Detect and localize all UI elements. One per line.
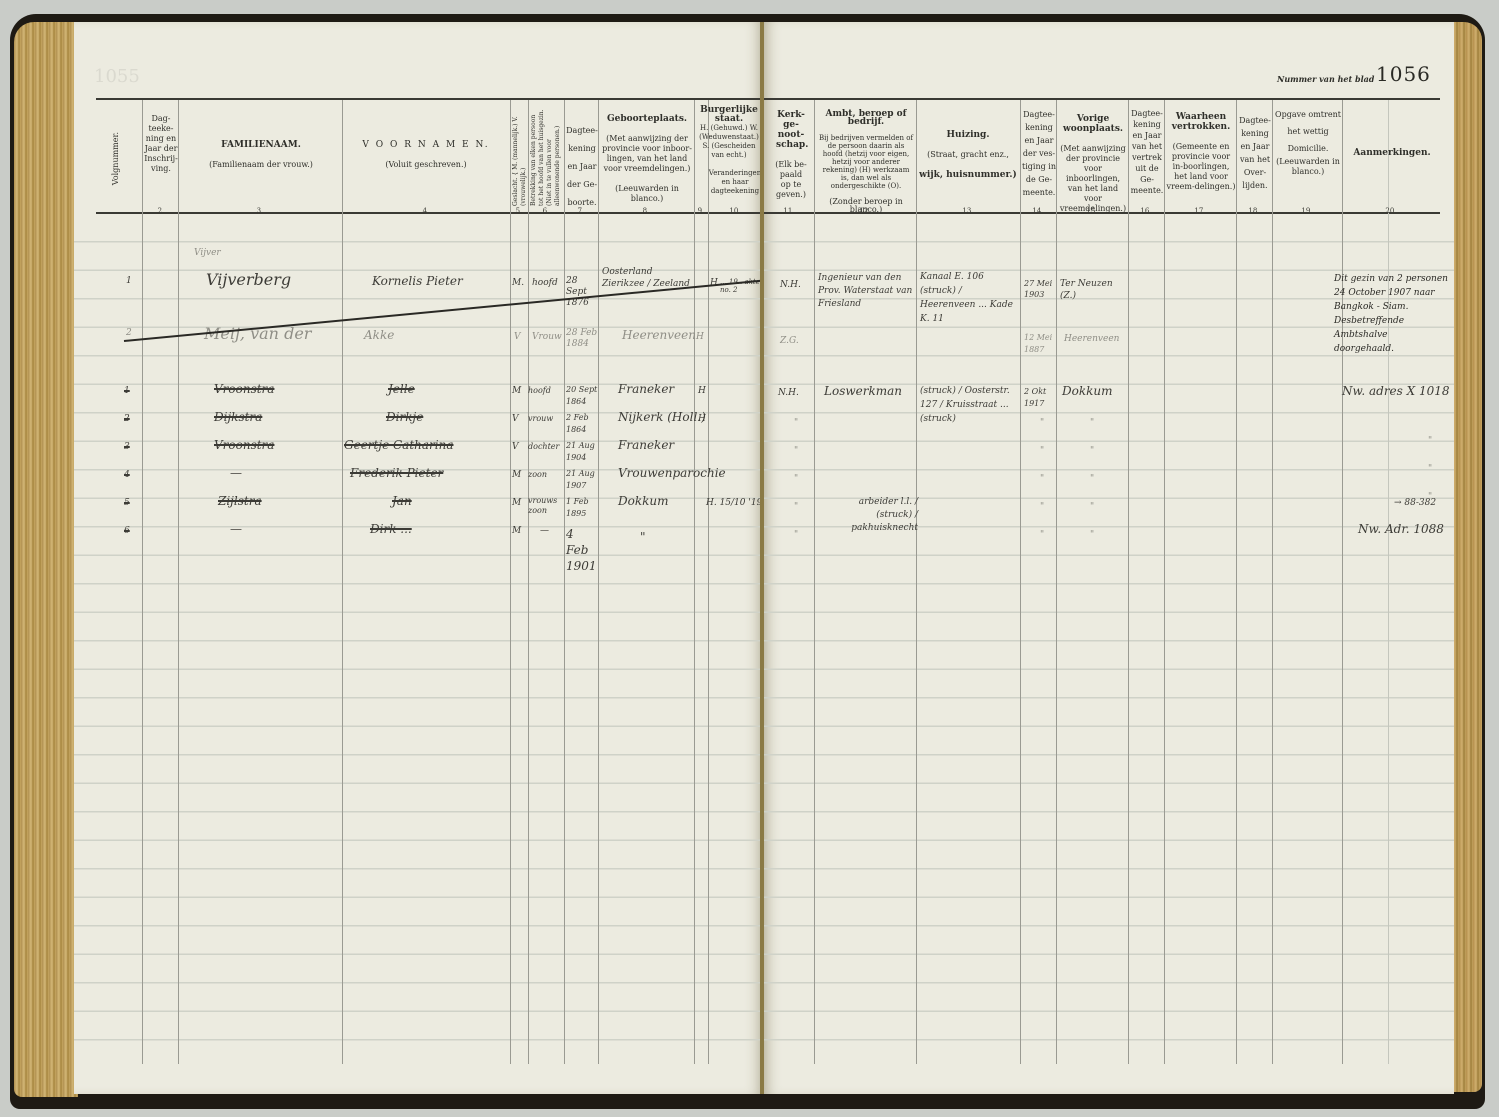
burgerlijke-staat-sub: H. (Gehuwd.) W. (Weduwenstaat.) S. (Gesc… bbox=[699, 124, 759, 159]
colnum-13: 13. bbox=[916, 207, 1020, 215]
row7-vorige-woonplaats: " bbox=[1090, 502, 1094, 512]
col-3-header: FAMILIENAAM. (Familienaam der vrouw.) bbox=[182, 140, 340, 170]
colnum-15: 15. bbox=[1056, 207, 1128, 215]
row3-kerkgenootschap: N.H. bbox=[778, 388, 799, 398]
row7-kerkgenootschap: " bbox=[794, 502, 798, 512]
row6-kerkgenootschap: " bbox=[794, 474, 798, 484]
row5-geboorte: 21 Aug 1904 bbox=[566, 440, 598, 464]
row6-voornamen: Frederik Pieter bbox=[350, 466, 443, 480]
row5-vorige-woonplaats: " bbox=[1090, 446, 1094, 456]
row3-geboorte: 20 Sept 1864 bbox=[566, 384, 598, 408]
row5-familienaam: Vroonstra bbox=[214, 438, 274, 452]
row2-voornamen: Akke bbox=[364, 328, 394, 342]
row4-kerkgenootschap: " bbox=[794, 418, 798, 428]
right-page: Nummer van het blad 1056 Kerk-ge-noot-sc… bbox=[764, 22, 1454, 1094]
row5-vestiging: " bbox=[1040, 446, 1044, 456]
row1-huizing: Kanaal E. 106 (struck) / Heerenveen ... … bbox=[920, 270, 1020, 326]
row3-geslacht: M bbox=[512, 386, 521, 396]
row6-vorige-woonplaats: " bbox=[1090, 474, 1094, 484]
colnum-20: 20. bbox=[1342, 207, 1440, 215]
row5-geslacht: V bbox=[512, 442, 519, 452]
colnum-3: 3. bbox=[178, 207, 342, 215]
row1-beroep: Ingenieur van den Prov. Waterstaat van F… bbox=[818, 272, 918, 311]
row2-vestiging: 12 Mei 1887 bbox=[1024, 332, 1058, 356]
row4-betrekking: vrouw bbox=[528, 414, 553, 423]
row7-vestiging: " bbox=[1040, 502, 1044, 512]
geboorteplaats-sub: (Met aanwijzing der provincie voor inboo… bbox=[602, 134, 692, 173]
row7-voornamen: Jan bbox=[392, 494, 412, 508]
row1-volgnummer: 1 bbox=[126, 276, 132, 286]
col-7-header: Dagtee-kening en Jaar der Ge-boorte. bbox=[566, 122, 598, 212]
colnum-17: 17. bbox=[1164, 207, 1236, 215]
domicilie-title: Opgave omtrent het wettig Domicilie. bbox=[1275, 110, 1341, 153]
row3-voornamen: Jelle bbox=[388, 382, 415, 396]
colnum-12: 12. bbox=[814, 207, 916, 215]
row3-betrekking: hoofd bbox=[528, 386, 551, 395]
sheet-number-label: Nummer van het blad bbox=[1277, 74, 1374, 84]
row2-burgerlijke-staat: H bbox=[696, 332, 704, 342]
voornamen-title: V O O R N A M E N. bbox=[362, 140, 489, 150]
left-page: 1055 Volgnummer. Dag-teeke-ning en Jaar … bbox=[74, 22, 762, 1094]
row5-geboorteplaats: Franeker bbox=[618, 438, 674, 452]
waarheen-sub: (Gemeente en provincie voor in-boorlinge… bbox=[1167, 142, 1236, 191]
row5-volgnummer: 3 bbox=[124, 442, 130, 452]
row8-volgnummer: 6 bbox=[124, 526, 130, 536]
colnum-18: 18. bbox=[1236, 207, 1272, 215]
row1-aanmerkingen: Dit gezin van 2 personen 24 October 1907… bbox=[1334, 272, 1450, 356]
geboorteplaats-title: Geboorteplaats. bbox=[607, 114, 687, 124]
beroep-title: Ambt, beroep of bedrijf. bbox=[825, 109, 906, 127]
waarheen-title: Waarheen vertrokken. bbox=[1172, 112, 1230, 132]
colnum-4: 4. bbox=[342, 207, 510, 215]
domicilie-sub: (Leeuwarden in blanco.) bbox=[1274, 157, 1342, 177]
colnum-11: 11. bbox=[764, 207, 814, 215]
col-19-header: Opgave omtrent het wettig Domicilie. (Le… bbox=[1274, 106, 1342, 177]
col-6-header: Betrekking van elken persoon tot het hoo… bbox=[530, 106, 562, 206]
row8-geslacht: M bbox=[512, 526, 521, 536]
col-4-header: V O O R N A M E N. (Voluit geschreven.) bbox=[344, 140, 508, 170]
beroep-sub: Bij bedrijven vermelden of de persoon da… bbox=[819, 134, 913, 190]
col-17-header: Waarheen vertrokken. (Gemeente en provin… bbox=[1166, 112, 1236, 192]
row3-geboorteplaats: Franeker bbox=[618, 382, 674, 396]
colnum-5: 5. bbox=[510, 207, 528, 215]
kerkgenootschap-sub: (Elk be-paald op te geven.) bbox=[774, 160, 808, 200]
aanmerkingen-title: Aanmerkingen. bbox=[1353, 148, 1430, 158]
row7-volgnummer: 5 bbox=[124, 498, 130, 508]
col-16-header: Dagtee-kening en Jaar van het vertrek ui… bbox=[1130, 108, 1164, 196]
row5-kerkgenootschap: " bbox=[794, 446, 798, 456]
row4-burgerlijke-staat: H bbox=[698, 414, 706, 424]
row4-voornamen: Dirkje bbox=[386, 410, 423, 424]
row7-betrekking: vrouws zoon bbox=[528, 496, 564, 516]
colnum-2: 2. bbox=[144, 207, 178, 215]
row3-huizing: (struck) / Oosterstr. 127 / Kruisstraat … bbox=[920, 384, 1020, 426]
row1-voornamen: Kornelis Pieter bbox=[372, 274, 463, 288]
colnum-9: 9. bbox=[694, 207, 708, 215]
colnum-7: 7. bbox=[564, 207, 598, 215]
col-11-header: Kerk-ge-noot-schap. (Elk be-paald op te … bbox=[770, 110, 812, 200]
col-18-header: Dagtee-kening en Jaar van het Over-lijde… bbox=[1238, 114, 1272, 192]
row2-kerkgenootschap: Z.G. bbox=[780, 336, 799, 346]
kerkgenootschap-title: Kerk-ge-noot-schap. bbox=[776, 110, 806, 150]
row2-betrekking: Vrouw bbox=[532, 332, 562, 342]
row7-geboorte: 1 Feb 1895 bbox=[566, 496, 598, 520]
col-14-header: Dagtee-kening en Jaar der ves-tiging in … bbox=[1022, 108, 1056, 199]
row7-geslacht: M bbox=[512, 498, 521, 508]
row3-aanmerkingen: Nw. adres X 1018 bbox=[1342, 384, 1450, 398]
row7-aanmerkingen: → 88-382 bbox=[1394, 498, 1436, 508]
col-8-header: Geboorteplaats. (Met aanwijzing der prov… bbox=[600, 114, 694, 204]
row2-geslacht: V bbox=[514, 332, 521, 342]
col-20-header: Aanmerkingen. bbox=[1344, 148, 1440, 158]
row2-geboorte: 28 Feb 1884 bbox=[566, 328, 598, 350]
colnum-8: 8. bbox=[598, 207, 694, 215]
row7-familienaam: Zijlstra bbox=[218, 494, 262, 508]
row3-vorige-woonplaats: Dokkum bbox=[1062, 384, 1113, 398]
vorige-woonplaats-sub: (Met aanwijzing der provincie voor inboo… bbox=[1060, 144, 1126, 213]
colnum-16: 16. bbox=[1128, 207, 1164, 215]
row8-vorige-woonplaats: " bbox=[1090, 530, 1094, 540]
row5-aanmerkingen: " bbox=[1428, 464, 1432, 474]
row8-vestiging: " bbox=[1040, 530, 1044, 540]
row8-familienaam: — bbox=[230, 522, 242, 536]
row6-vestiging: " bbox=[1040, 474, 1044, 484]
row6-geboorteplaats: Vrouwenparochie bbox=[618, 466, 726, 480]
colnum-10: 10. bbox=[708, 207, 762, 215]
page-edges-left bbox=[14, 22, 78, 1097]
row6-betrekking: zoon bbox=[528, 470, 547, 479]
row4-aanmerkingen: " bbox=[1428, 436, 1432, 446]
row1-betrekking: hoofd bbox=[532, 278, 558, 288]
row3-volgnummer: 1 bbox=[124, 386, 130, 396]
row8-aanmerkingen: Nw. Adr. 1088 bbox=[1358, 522, 1444, 536]
row1-vorige-woonplaats: Ter Neuzen (Z.) bbox=[1060, 278, 1128, 302]
row4-familienaam: Dijkstra bbox=[214, 410, 262, 424]
col-2-header: Dag-teeke-ning en Jaar der Inschrij-ving… bbox=[144, 114, 178, 174]
row5-betrekking: dochter bbox=[528, 442, 559, 451]
row4-vestiging: " bbox=[1040, 418, 1044, 428]
burgerlijke-staat-sub2: Veranderingen en haar dagteekening bbox=[696, 169, 762, 196]
row6-geboorte: 21 Aug 1907 bbox=[566, 468, 598, 492]
row4-geboorte: 2 Feb 1864 bbox=[566, 412, 598, 436]
row1-familienaam-note: Vijver bbox=[194, 248, 221, 258]
row3-vestiging: 2 Okt 1917 bbox=[1024, 386, 1058, 410]
row8-kerkgenootschap: " bbox=[794, 530, 798, 540]
row7-burgerlijke-verandering: H. 15/10 '19 bbox=[706, 498, 762, 508]
row4-geboorteplaats: Nijkerk (Holl.) bbox=[618, 410, 706, 424]
row2-volgnummer: 2 bbox=[126, 328, 132, 338]
row4-geslacht: V bbox=[512, 414, 519, 424]
familienaam-title: FAMILIENAAM. bbox=[221, 140, 301, 150]
voornamen-sub: (Voluit geschreven.) bbox=[385, 160, 466, 169]
col-12-header: Ambt, beroep of bedrijf. Bij bedrijven v… bbox=[818, 110, 914, 214]
huizing-sub2: wijk, huisnummer.) bbox=[919, 170, 1017, 180]
row2-vorige-woonplaats: Heerenveen bbox=[1064, 334, 1119, 344]
familienaam-sub: (Familienaam der vrouw.) bbox=[209, 160, 313, 169]
page-edges-right bbox=[1452, 22, 1482, 1092]
huizing-title: Huizing. bbox=[947, 130, 990, 140]
col-15-header: Vorige woonplaats. (Met aanwijzing der p… bbox=[1058, 114, 1128, 214]
header-top-rule bbox=[96, 98, 762, 100]
huizing-sub: (Straat, gracht enz., bbox=[927, 150, 1009, 159]
row8-voornamen: Dirk ... bbox=[370, 522, 412, 536]
row1-geslacht: M. bbox=[512, 278, 524, 288]
burgerlijke-staat-title: Burgerlijke staat. bbox=[700, 105, 758, 124]
row3-familienaam: Vroonstra bbox=[214, 382, 274, 396]
colnum-19: 19. bbox=[1272, 207, 1342, 215]
bleed-through-number: 1055 bbox=[94, 66, 140, 87]
row6-familienaam: — bbox=[230, 466, 242, 480]
row1-familienaam: Vijverberg bbox=[206, 270, 291, 289]
row5-voornamen: Geertje Catharina bbox=[344, 438, 453, 452]
col-volgnummer-header: Volgnummer. bbox=[112, 132, 120, 185]
row8-geboorteplaats: " bbox=[640, 530, 646, 544]
row7-beroep: arbeider l.l. / (struck) / pakhuisknecht bbox=[822, 496, 918, 535]
row1-geboorte: 28 Sept 1876 bbox=[566, 276, 598, 309]
sheet-number: 1056 bbox=[1376, 62, 1431, 86]
vorige-woonplaats-title: Vorige woonplaats. bbox=[1063, 114, 1123, 134]
col-10-header: Burgerlijke staat. H. (Gehuwd.) W. (Wedu… bbox=[696, 106, 762, 196]
row6-geslacht: M bbox=[512, 470, 521, 480]
row3-beroep: Loswerkman bbox=[824, 384, 902, 398]
row6-volgnummer: 4 bbox=[124, 470, 130, 480]
row1-vestiging: 27 Mei 1903 bbox=[1024, 278, 1058, 300]
col-5-header: Geslacht. { M. (mannelijk.) V. (vrouweli… bbox=[512, 106, 528, 206]
header-top-rule bbox=[764, 98, 1440, 100]
colnum-14: 14. bbox=[1020, 207, 1056, 215]
colnum-6: 6. bbox=[528, 207, 564, 215]
row2-geboorteplaats: Heerenveen bbox=[622, 328, 696, 342]
row4-vorige-woonplaats: " bbox=[1090, 418, 1094, 428]
row1-kerkgenootschap: N.H. bbox=[780, 280, 801, 290]
row8-betrekking: — bbox=[540, 526, 549, 536]
geboorteplaats-sub2: (Leeuwarden in blanco.) bbox=[615, 184, 679, 203]
row4-volgnummer: 2 bbox=[124, 414, 130, 424]
row1-geboorteplaats: Oosterland Zierikzee / Zeeland bbox=[602, 266, 692, 290]
row7-geboorteplaats: Dokkum bbox=[618, 494, 669, 508]
row8-geboorte: 4 Feb 1901 bbox=[566, 526, 598, 574]
col-13-header: Huizing. (Straat, gracht enz., wijk, hui… bbox=[918, 130, 1018, 180]
row3-burgerlijke-staat: H bbox=[698, 386, 706, 396]
